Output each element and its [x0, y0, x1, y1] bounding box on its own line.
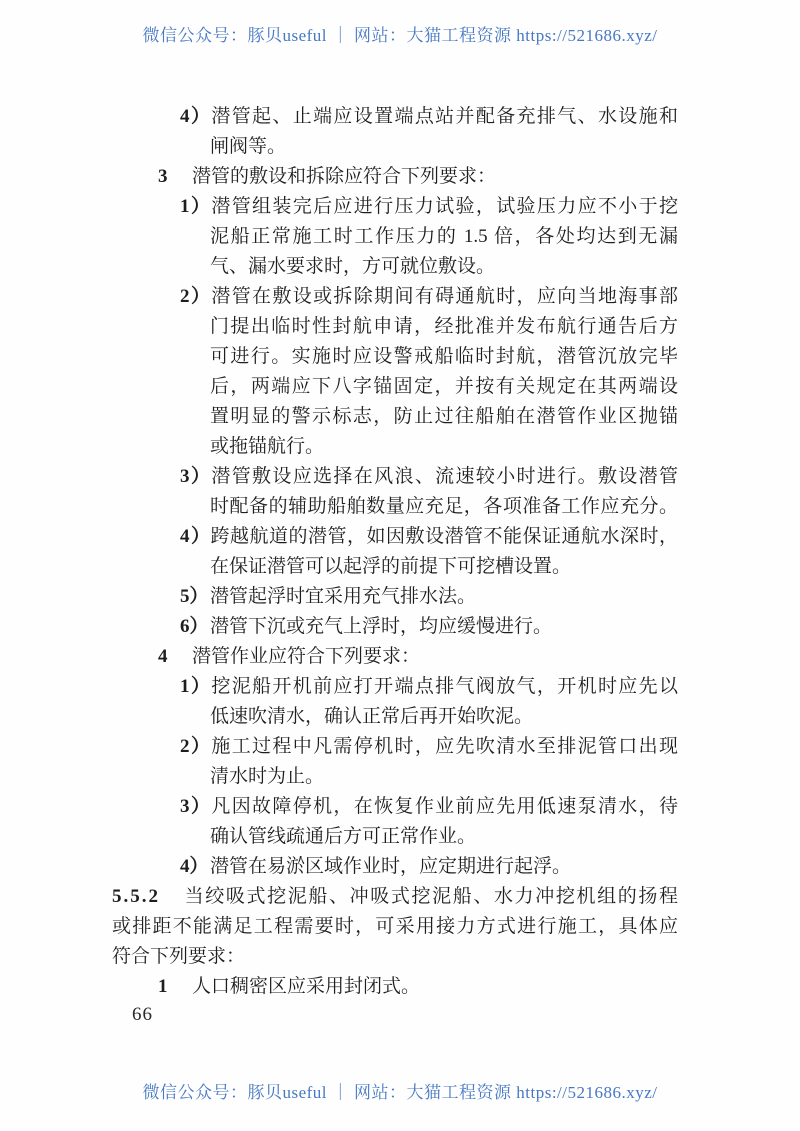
text-line: 2）施工过程中凡需停机时，应先吹清水至排泥管口出现	[112, 732, 678, 762]
line-text: 闸阀等。	[210, 136, 286, 157]
line-text: 施工过程中凡需停机时，应先吹清水至排泥管口出现	[210, 736, 678, 757]
line-text: 当绞吸式挖泥船、冲吸式挖泥船、水力冲挖机组的扬程	[183, 886, 678, 907]
line-text: 低速吹清水，确认正常后再开始吹泥。	[210, 706, 533, 727]
text-line: 气、漏水要求时，方可就位敷设。	[112, 252, 678, 282]
line-text: 凡因故障停机，在恢复作业前应先用低速泵清水，待	[210, 796, 678, 817]
text-line: 4潜管作业应符合下列要求：	[112, 642, 678, 672]
line-text: 符合下列要求：	[112, 946, 245, 967]
line-text: 清水时为止。	[210, 766, 324, 787]
item-number: 2）	[180, 732, 210, 762]
line-text: 潜管在敷设或拆除期间有碍通航时，应向当地海事部	[210, 286, 678, 307]
text-line: 时配备的辅助船舶数量应充足，各项准备工作应充分。	[112, 492, 678, 522]
line-text: 可进行。实施时应设警戒船临时封航，潜管沉放完毕	[210, 346, 678, 367]
item-number: 4）	[180, 852, 210, 882]
item-number: 5.5.2	[112, 882, 183, 912]
line-text: 潜管在易淤区域作业时，应定期进行起浮。	[210, 856, 571, 877]
text-line: 泥船正常施工时工作压力的 1.5 倍，各处均达到无漏	[112, 222, 678, 252]
text-line: 1）潜管组装完后应进行压力试验，试验压力应不小于挖	[112, 192, 678, 222]
text-line: 后，两端应下八字锚固定，并按有关规定在其两端设	[112, 372, 678, 402]
line-text: 潜管起浮时宜采用充气排水法。	[210, 586, 476, 607]
line-text: 确认管线疏通后方可正常作业。	[210, 826, 476, 847]
line-text: 时配备的辅助船舶数量应充足，各项准备工作应充分。	[210, 496, 678, 517]
item-number: 1）	[180, 672, 210, 702]
text-line: 或排距不能满足工程需要时，可采用接力方式进行施工，具体应	[112, 912, 678, 942]
item-number: 3）	[180, 792, 210, 822]
item-number: 4）	[180, 102, 210, 132]
text-line: 3）凡因故障停机，在恢复作业前应先用低速泵清水，待	[112, 792, 678, 822]
line-text: 潜管敷设应选择在风浪、流速较小时进行。敷设潜管	[210, 466, 678, 487]
text-line: 在保证潜管可以起浮的前提下可挖槽设置。	[112, 552, 678, 582]
line-text: 或拖锚航行。	[210, 436, 324, 457]
document-page: 微信公众号：豚贝useful ｜ 网站：大猫工程资源 https://52168…	[0, 0, 800, 1131]
line-text: 潜管的敷设和拆除应符合下列要求：	[192, 166, 496, 187]
line-text: 气、漏水要求时，方可就位敷设。	[210, 256, 495, 277]
footer-watermark: 微信公众号：豚贝useful ｜ 网站：大猫工程资源 https://52168…	[0, 1078, 800, 1103]
line-text: 潜管起、止端应设置端点站并配备充排气、水设施和	[210, 106, 678, 127]
line-text: 跨越航道的潜管，如因敷设潜管不能保证通航水深时，	[210, 526, 678, 547]
text-line: 3潜管的敷设和拆除应符合下列要求：	[112, 162, 678, 192]
text-line: 3）潜管敷设应选择在风浪、流速较小时进行。敷设潜管	[112, 462, 678, 492]
item-number: 3）	[180, 462, 210, 492]
text-line: 清水时为止。	[112, 762, 678, 792]
text-line: 确认管线疏通后方可正常作业。	[112, 822, 678, 852]
text-line: 5）潜管起浮时宜采用充气排水法。	[112, 582, 678, 612]
text-line: 门提出临时性封航申请，经批准并发布航行通告后方	[112, 312, 678, 342]
text-line: 5.5.2当绞吸式挖泥船、冲吸式挖泥船、水力冲挖机组的扬程	[112, 882, 678, 912]
text-line: 符合下列要求：	[112, 942, 678, 972]
line-text: 泥船正常施工时工作压力的 1.5 倍，各处均达到无漏	[210, 226, 678, 247]
line-text: 置明显的警示标志，防止过往船舶在潜管作业区抛锚	[210, 406, 678, 427]
line-text: 或排距不能满足工程需要时，可采用接力方式进行施工，具体应	[112, 916, 678, 937]
item-number: 4）	[180, 522, 210, 552]
item-number: 5）	[180, 582, 210, 612]
text-line: 或拖锚航行。	[112, 432, 678, 462]
document-content: 4）潜管起、止端应设置端点站并配备充排气、水设施和闸阀等。3潜管的敷设和拆除应符…	[112, 102, 678, 1002]
item-number: 1）	[180, 192, 210, 222]
header-watermark: 微信公众号：豚贝useful ｜ 网站：大猫工程资源 https://52168…	[0, 21, 800, 46]
text-line: 4）跨越航道的潜管，如因敷设潜管不能保证通航水深时，	[112, 522, 678, 552]
item-number: 1	[158, 972, 192, 1002]
text-line: 6）潜管下沉或充气上浮时，均应缓慢进行。	[112, 612, 678, 642]
line-text: 潜管组装完后应进行压力试验，试验压力应不小于挖	[210, 196, 678, 217]
text-line: 置明显的警示标志，防止过往船舶在潜管作业区抛锚	[112, 402, 678, 432]
text-line: 4）潜管在易淤区域作业时，应定期进行起浮。	[112, 852, 678, 882]
line-text: 人口稠密区应采用封闭式。	[192, 976, 420, 997]
page-number: 66	[132, 1000, 153, 1030]
line-text: 在保证潜管可以起浮的前提下可挖槽设置。	[210, 556, 571, 577]
line-text: 潜管下沉或充气上浮时，均应缓慢进行。	[210, 616, 552, 637]
text-line: 1人口稠密区应采用封闭式。	[112, 972, 678, 1002]
text-line: 低速吹清水，确认正常后再开始吹泥。	[112, 702, 678, 732]
text-line: 2）潜管在敷设或拆除期间有碍通航时，应向当地海事部	[112, 282, 678, 312]
text-line: 可进行。实施时应设警戒船临时封航，潜管沉放完毕	[112, 342, 678, 372]
line-text: 门提出临时性封航申请，经批准并发布航行通告后方	[210, 316, 678, 337]
item-number: 2）	[180, 282, 210, 312]
line-text: 后，两端应下八字锚固定，并按有关规定在其两端设	[210, 376, 678, 397]
text-line: 1）挖泥船开机前应打开端点排气阀放气，开机时应先以	[112, 672, 678, 702]
text-line: 4）潜管起、止端应设置端点站并配备充排气、水设施和	[112, 102, 678, 132]
line-text: 潜管作业应符合下列要求：	[192, 646, 420, 667]
line-text: 挖泥船开机前应打开端点排气阀放气，开机时应先以	[210, 676, 678, 697]
text-line: 闸阀等。	[112, 132, 678, 162]
item-number: 3	[158, 162, 192, 192]
item-number: 6）	[180, 612, 210, 642]
item-number: 4	[158, 642, 192, 672]
